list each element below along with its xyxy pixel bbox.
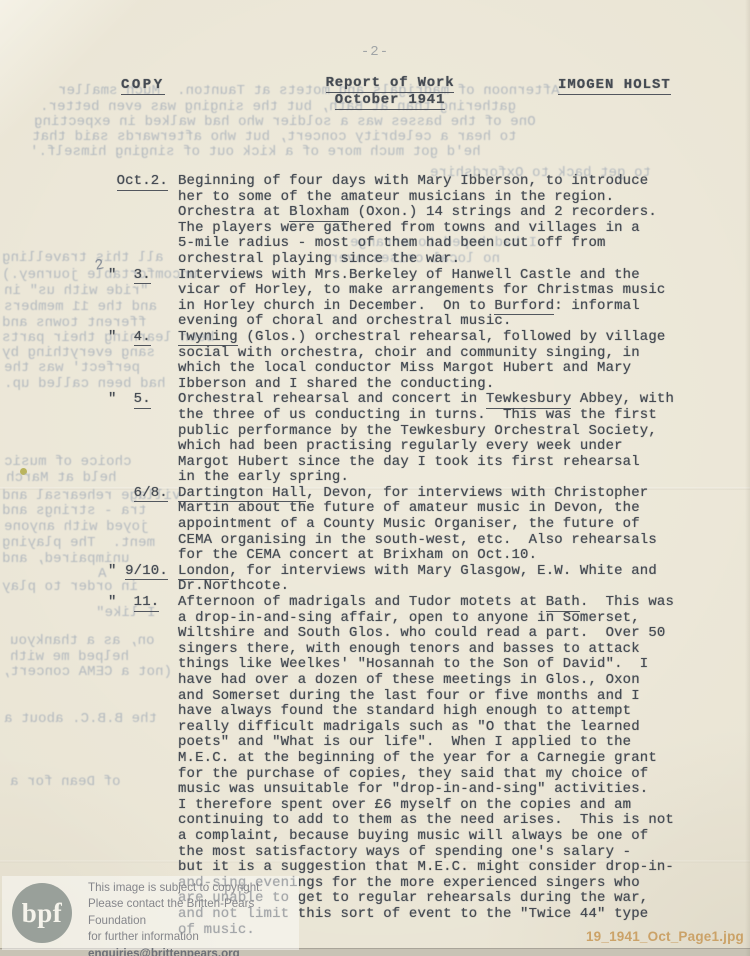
report-entry: " 9/10.London, for interviews with Mary … — [108, 564, 718, 595]
report-entry: Oct.2.Beginning of four days with Mary I… — [108, 174, 718, 268]
entry-date: Oct.2. — [108, 174, 178, 190]
report-date: October 1941 — [295, 92, 485, 109]
typed-document: -2- COPY Report of Work October 1941 IMO… — [0, 0, 750, 956]
watermark-text: This image is subject to copyright. Plea… — [88, 880, 298, 956]
entry-date: " 4. — [108, 330, 178, 346]
author-name: IMOGEN HOLST — [558, 77, 671, 93]
entry-date: 6/8. — [108, 486, 178, 502]
report-entry: " 3.Interviews with Mrs.Berkeley of Hanw… — [108, 268, 718, 330]
copy-label: COPY — [121, 77, 165, 93]
contact-email: enquiries@brittenpears.org — [88, 946, 298, 956]
entry-text: Beginning of four days with Mary Ibberso… — [178, 174, 718, 268]
entry-text: London, for interviews with Mary Glasgow… — [178, 564, 718, 595]
report-entry: " 4.Twyning (Glos.) orchestral rehearsal… — [108, 330, 718, 392]
filename-label: 19_1941_Oct_Page1.jpg — [0, 929, 744, 944]
entry-text: Twyning (Glos.) orchestral rehearsal, fo… — [178, 330, 718, 392]
entry-date: " 3. — [108, 268, 178, 284]
entry-date: " 11. — [108, 595, 178, 611]
report-title-block: Report of Work October 1941 — [295, 75, 485, 109]
entry-text: Dartington Hall, Devon, for interviews w… — [178, 486, 718, 564]
report-entry: " 5.Orchestral rehearsal and concert in … — [108, 392, 718, 486]
entry-date: " 9/10. — [108, 564, 178, 580]
report-entries: Oct.2.Beginning of four days with Mary I… — [108, 174, 718, 938]
entry-text: Orchestral rehearsal and concert in Tewk… — [178, 392, 718, 486]
page-number: -2- — [0, 44, 750, 60]
entry-date: " 5. — [108, 392, 178, 408]
copyright-line: This image is subject to copyright. — [88, 880, 298, 896]
report-title: Report of Work — [295, 75, 485, 92]
entry-text: Interviews with Mrs.Berkeley of Hanwell … — [178, 268, 718, 330]
report-entry: 6/8.Dartington Hall, Devon, for intervie… — [108, 486, 718, 564]
copyright-line: Please contact the Britten-Pears Foundat… — [88, 896, 298, 929]
